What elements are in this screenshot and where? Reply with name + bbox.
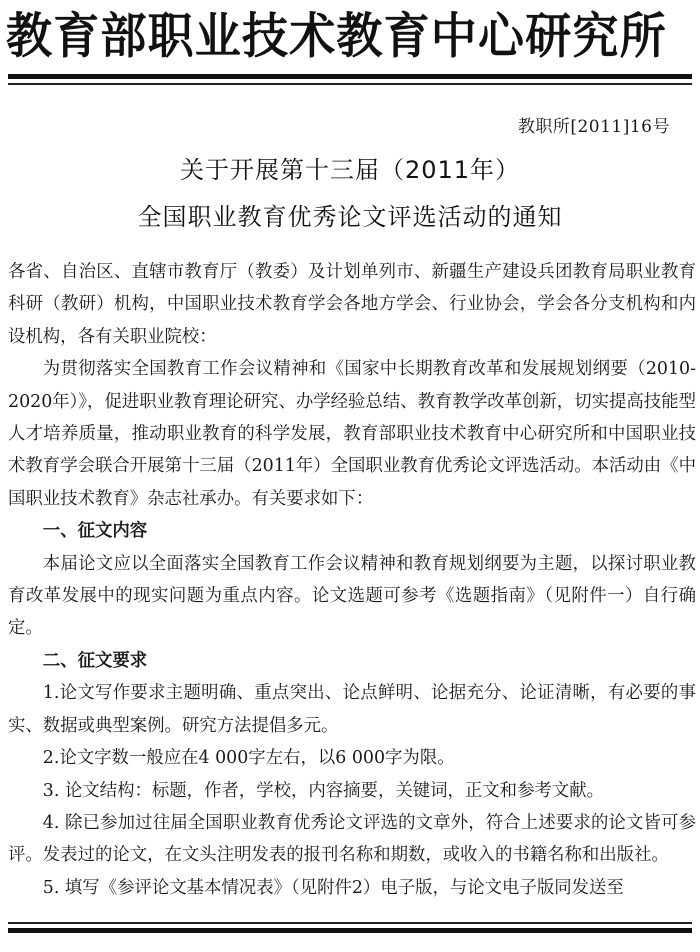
requirement-item-2: 2.论文字数一般应在4 000字左右，以6 000字为限。	[8, 742, 696, 774]
addressee-paragraph: 各省、自治区、直辖市教育厅（教委）及计划单列市、新疆生产建设兵团教育局职业教育科…	[8, 256, 696, 353]
requirement-item-5: 5. 填写《参评论文基本情况表》（见附件2）电子版，与论文电子版同发送至	[8, 872, 696, 904]
footer-rule-thin	[8, 922, 692, 924]
document-number: 教职所[2011]16号	[518, 112, 670, 137]
section-heading-2: 二、征文要求	[8, 645, 696, 677]
footer-rule-thick	[8, 928, 692, 933]
letterhead-org-name: 教育部职业技术教育中心研究所	[6, 2, 696, 69]
section-heading-1: 一、征文内容	[8, 515, 696, 547]
title-line-2: 全国职业教育优秀论文评选活动的通知	[0, 197, 700, 232]
section-1-paragraph: 本届论文应以全面落实全国教育工作会议精神和教育规划纲要为主题，以探讨职业教育改革…	[8, 548, 696, 645]
title-line-1: 关于开展第十三届（2011年）	[0, 150, 700, 185]
intro-paragraph: 为贯彻落实全国教育工作会议精神和《国家中长期教育改革和发展规划纲要（2010-2…	[8, 353, 696, 515]
document-body: 各省、自治区、直辖市教育厅（教委）及计划单列市、新疆生产建设兵团教育局职业教育科…	[8, 256, 696, 904]
header-rule-thick	[8, 74, 692, 79]
header-rule-thin	[8, 83, 692, 85]
requirement-item-3: 3. 论文结构：标题，作者，学校，内容摘要，关键词，正文和参考文献。	[8, 775, 696, 807]
requirement-item-1: 1.论文写作要求主题明确、重点突出、论点鲜明、论据充分、论证清晰，有必要的事实、…	[8, 677, 696, 742]
requirement-item-4: 4. 除已参加过往届全国职业教育优秀论文评选的文章外，符合上述要求的论文皆可参评…	[8, 807, 696, 872]
